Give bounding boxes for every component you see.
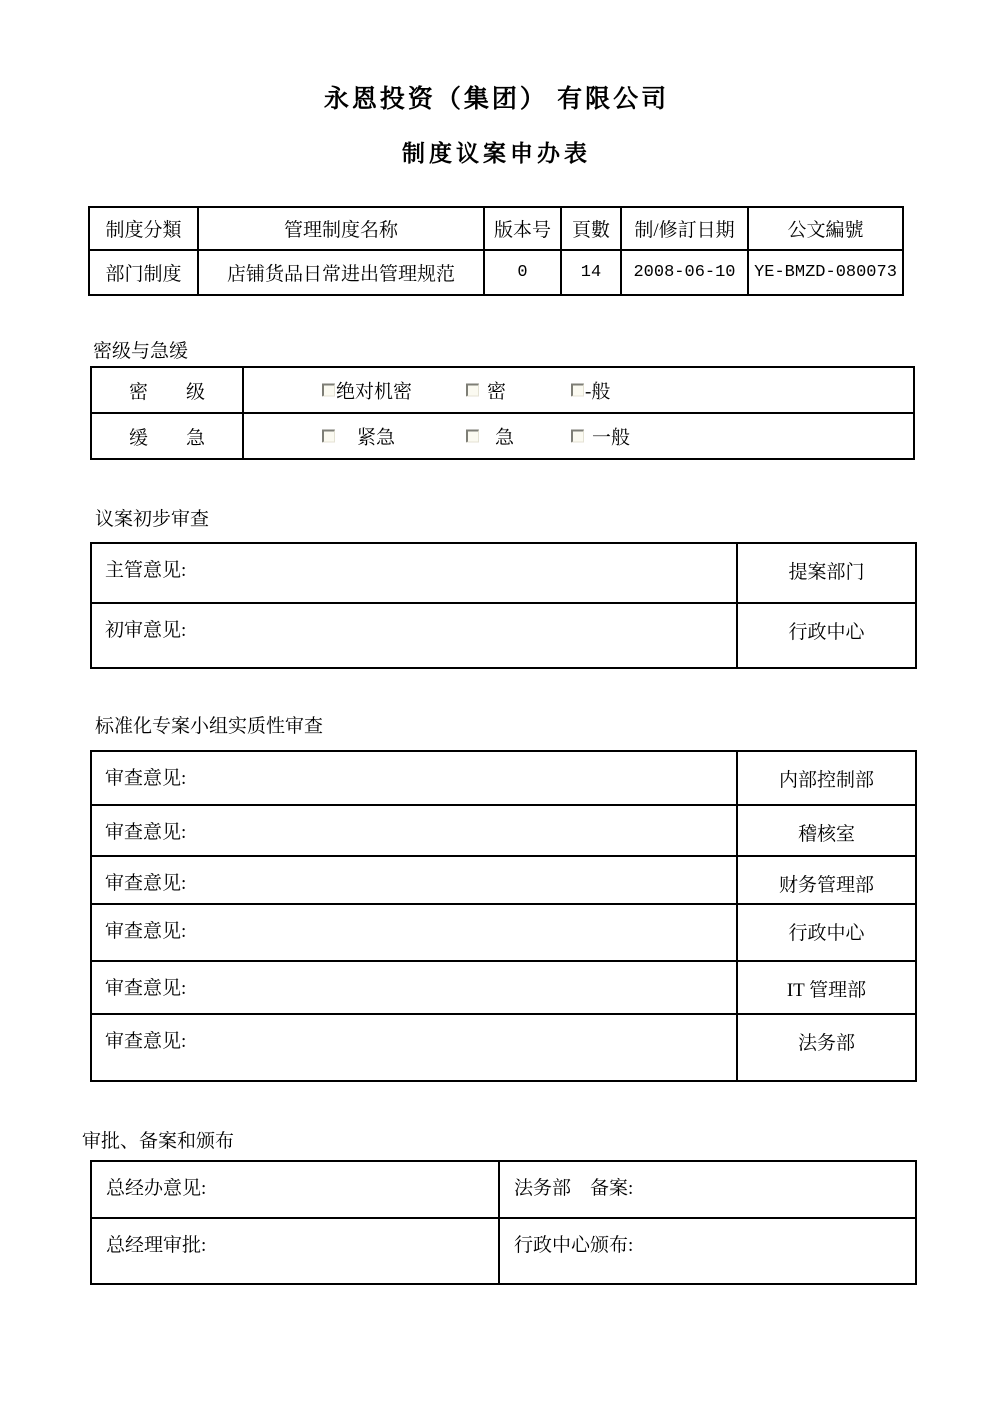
option-general-secrecy: -般 — [571, 377, 610, 404]
option-label: -般 — [585, 377, 610, 404]
header-pages: 頁數 — [561, 207, 621, 250]
option-label: 绝对机密 — [336, 377, 412, 404]
table-row: 主管意见: 提案部门 — [91, 543, 916, 603]
table-row: 审查意见: 财务管理部 — [91, 856, 916, 904]
urgency-row: 缓 急 紧急 急 一般 — [91, 413, 914, 459]
option-label: 急 — [495, 423, 514, 450]
form-title: 制度议案申办表 — [0, 135, 993, 168]
checkbox-secret[interactable] — [466, 384, 479, 397]
initial-opinion-cell: 初审意见: — [91, 603, 737, 668]
cell-system-name: 店铺货品日常进出管理规范 — [198, 250, 484, 295]
review-opinion-cell: 审查意见: — [91, 904, 737, 961]
finance-dept-cell: 财务管理部 — [737, 856, 916, 904]
checkbox-general-secrecy[interactable] — [571, 384, 584, 397]
admin-center-cell: 行政中心 — [737, 603, 916, 668]
checkbox-general-urgency[interactable] — [571, 430, 584, 443]
checkbox-urgent[interactable] — [322, 430, 335, 443]
it-dept-cell: IT 管理部 — [737, 961, 916, 1014]
table-row: 审查意见: IT 管理部 — [91, 961, 916, 1014]
table-row: 初审意见: 行政中心 — [91, 603, 916, 668]
option-top-secret: 绝对机密 — [322, 377, 412, 404]
option-general-urgency: 一般 — [571, 423, 630, 450]
admin-publication-cell: 行政中心颁布: — [499, 1218, 916, 1284]
secret-level-label: 密 级 — [91, 367, 243, 413]
initial-review-label: 议案初步审查 — [95, 504, 209, 531]
admin-center-cell: 行政中心 — [737, 904, 916, 961]
table-row: 审查意见: 稽核室 — [91, 805, 916, 856]
option-label: 紧急 — [357, 423, 395, 450]
info-table-data-row: 部门制度 店铺货品日常进出管理规范 0 14 2008-06-10 YE-BMZ… — [89, 250, 903, 295]
cell-pages: 14 — [561, 250, 621, 295]
header-version: 版本号 — [484, 207, 561, 250]
option-urgent: 紧急 — [322, 423, 395, 450]
review-opinion-cell: 审查意见: — [91, 1014, 737, 1081]
approval-section-label: 审批、备案和颁布 — [82, 1126, 234, 1153]
cell-revision-date: 2008-06-10 — [621, 250, 748, 295]
review-opinion-cell: 审查意见: — [91, 751, 737, 805]
gm-office-opinion-cell: 总经办意见: — [91, 1161, 499, 1218]
option-label: 一般 — [592, 423, 630, 450]
table-row: 总经理审批: 行政中心颁布: — [91, 1218, 916, 1284]
substantive-review-label: 标准化专案小组实质性审查 — [95, 711, 323, 738]
table-row: 审查意见: 内部控制部 — [91, 751, 916, 805]
form-document: { "page": { "title": "永恩投资（集团） 有限公司", "s… — [0, 0, 993, 1404]
option-rush: 急 — [466, 423, 514, 450]
cell-version: 0 — [484, 250, 561, 295]
secrecy-section-label: 密级与急缓 — [93, 336, 188, 363]
gm-approval-cell: 总经理审批: — [91, 1218, 499, 1284]
table-row: 总经办意见: 法务部 备案: — [91, 1161, 916, 1218]
secrecy-table: 密 级 绝对机密 密 -般 缓 急 紧急 急 — [90, 366, 915, 460]
table-row: 审查意见: 行政中心 — [91, 904, 916, 961]
option-label: 密 — [487, 377, 506, 404]
header-doc-number: 公文編號 — [748, 207, 903, 250]
initial-review-table: 主管意见: 提案部门 初审意见: 行政中心 — [90, 542, 917, 669]
audit-office-cell: 稽核室 — [737, 805, 916, 856]
option-secret: 密 — [466, 377, 506, 404]
internal-control-dept-cell: 内部控制部 — [737, 751, 916, 805]
secret-level-row: 密 级 绝对机密 密 -般 — [91, 367, 914, 413]
review-opinion-cell: 审查意见: — [91, 856, 737, 904]
checkbox-top-secret[interactable] — [322, 384, 335, 397]
cell-doc-number: YE-BMZD-080073 — [748, 250, 903, 295]
urgency-label: 缓 急 — [91, 413, 243, 459]
checkbox-rush[interactable] — [466, 430, 479, 443]
substantive-review-table: 审查意见: 内部控制部 审查意见: 稽核室 审查意见: 财务管理部 审查意见: … — [90, 750, 917, 1082]
info-table-header-row: 制度分類 管理制度名称 版本号 頁數 制/修訂日期 公文編號 — [89, 207, 903, 250]
legal-filing-cell: 法务部 备案: — [499, 1161, 916, 1218]
cell-category: 部门制度 — [89, 250, 198, 295]
info-table: 制度分類 管理制度名称 版本号 頁數 制/修訂日期 公文編號 部门制度 店铺货品… — [88, 206, 904, 296]
secret-level-options: 绝对机密 密 -般 — [243, 367, 914, 413]
header-revision-date: 制/修訂日期 — [621, 207, 748, 250]
review-opinion-cell: 审查意见: — [91, 961, 737, 1014]
urgency-options: 紧急 急 一般 — [243, 413, 914, 459]
review-opinion-cell: 审查意见: — [91, 805, 737, 856]
proposing-department-cell: 提案部门 — [737, 543, 916, 603]
legal-dept-cell: 法务部 — [737, 1014, 916, 1081]
header-category: 制度分類 — [89, 207, 198, 250]
company-title: 永恩投资（集团） 有限公司 — [0, 79, 993, 115]
supervisor-opinion-cell: 主管意见: — [91, 543, 737, 603]
header-system-name: 管理制度名称 — [198, 207, 484, 250]
approval-table: 总经办意见: 法务部 备案: 总经理审批: 行政中心颁布: — [90, 1160, 917, 1285]
table-row: 审查意见: 法务部 — [91, 1014, 916, 1081]
